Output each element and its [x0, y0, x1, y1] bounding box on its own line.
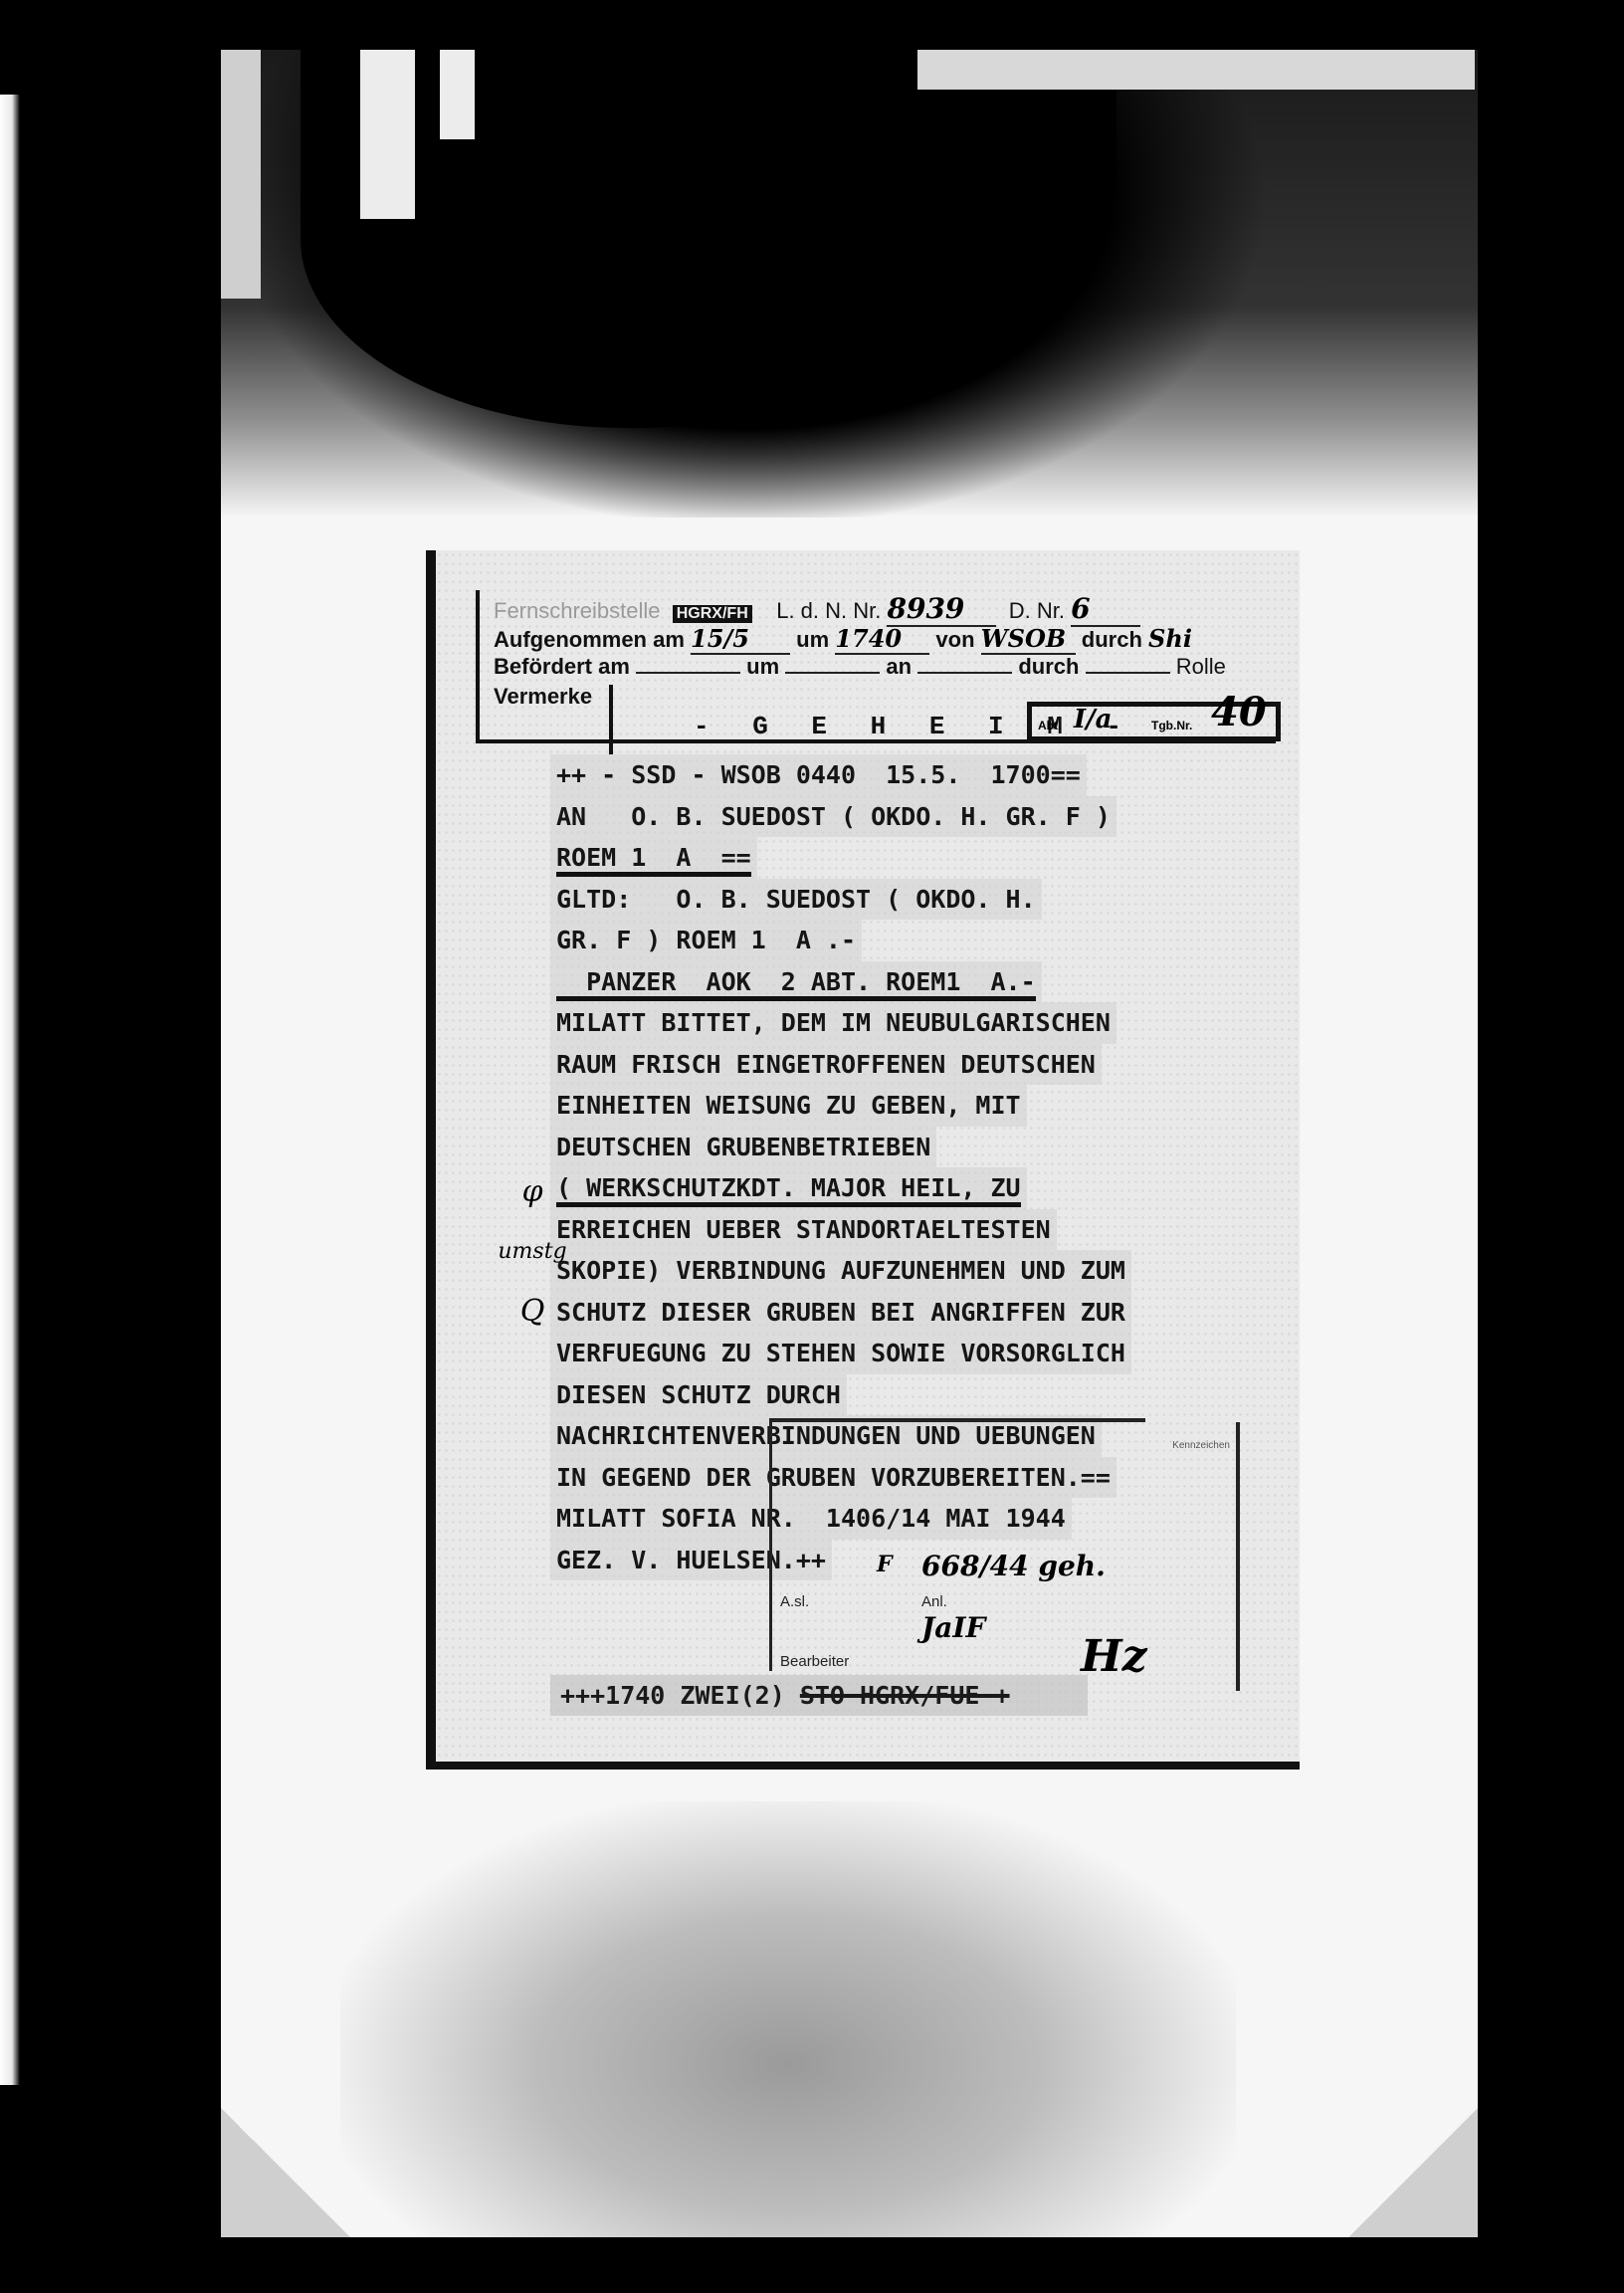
station-label: Fernschreibstelle	[494, 598, 661, 623]
stain-area	[340, 1801, 1236, 2237]
department-stamp-box: Abt. I/a Tgb.Nr. 40	[1027, 702, 1281, 741]
station-stamp: HGRX/FH	[673, 605, 752, 623]
message-line: MILATT BITTET, DEM IM NEUBULGARISCHEN	[550, 1002, 1116, 1044]
durch-value: Shi	[1148, 624, 1192, 653]
message-line: ( WERKSCHUTZKDT. MAJOR HEIL, ZU	[550, 1167, 1027, 1209]
stamp-column-line	[1236, 1422, 1240, 1691]
teleprinter-message-form: Fernschreibstelle HGRX/FH L. d. N. Nr. 8…	[426, 550, 1300, 1770]
finger-gap	[440, 50, 475, 139]
footer-struck-text: STO HGRX/FUE +	[800, 1681, 1010, 1710]
message-line: GLTD: O. B. SUEDOST ( OKDO. H.	[550, 879, 1042, 921]
margin-mark-q: Q	[498, 1282, 567, 1342]
photo-corner-left	[221, 2108, 350, 2237]
vermerke-divider	[609, 685, 613, 754]
footer-text: +++1740 ZWEI(2)	[560, 1681, 800, 1710]
vermerke-label: Vermerke	[494, 684, 592, 709]
abt-value: I/a	[1074, 705, 1113, 734]
receipt-stamp: Kennzeichen F 668/44 geh. A.sl. Anl. JaI…	[769, 1418, 1145, 1671]
message-line: ERREICHEN UEBER STANDORTAELTESTEN	[550, 1209, 1057, 1251]
header-row-received: Aufgenommen am 15/5 um 1740 von WSOB dur…	[494, 624, 1192, 655]
rolle-label: Rolle	[1176, 654, 1226, 679]
message-line: AN O. B. SUEDOST ( OKDO. H. GR. F )	[550, 796, 1116, 838]
message-line: SCHUTZ DIESER GRUBEN BEI ANGRIFFEN ZUR	[550, 1292, 1131, 1334]
d-nr-value: 6	[1071, 592, 1140, 627]
d-nr-label: D. Nr.	[1009, 598, 1065, 623]
header-row-station: Fernschreibstelle HGRX/FH L. d. N. Nr. 8…	[494, 592, 1140, 627]
tgb-value: 40	[1211, 689, 1267, 735]
durch2-label: durch	[1018, 654, 1079, 679]
aufgenommen-date: 15/5	[691, 624, 790, 655]
page-edge-highlight	[221, 50, 261, 299]
header-row-forwarded: Befördert am um an durch Rolle	[494, 654, 1226, 680]
signature: Hz	[1081, 1631, 1147, 1682]
abt-label: Abt.	[1038, 719, 1061, 732]
finger-gap	[360, 50, 415, 219]
margin-annotations: φ umstg Q	[498, 1162, 567, 1342]
um-label: um	[796, 627, 829, 652]
anl-label: Anl.	[921, 1593, 947, 1610]
message-line: ROEM 1 A ==	[550, 837, 757, 879]
transmission-footer: +++1740 ZWEI(2) STO HGRX/FUE +	[550, 1675, 1088, 1716]
von-label: von	[935, 627, 974, 652]
header-form-box: Fernschreibstelle HGRX/FH L. d. N. Nr. 8…	[476, 590, 1276, 743]
durch-label: durch	[1082, 627, 1142, 652]
tgb-label: Tgb.Nr.	[1151, 719, 1192, 732]
befoerdert-time-field	[785, 672, 880, 674]
an-label: an	[886, 654, 912, 679]
message-line: GR. F ) ROEM 1 A .-	[550, 920, 862, 961]
ref-prefix: F	[877, 1552, 893, 1577]
margin-mark-initials: umstg	[498, 1222, 567, 1282]
um2-label: um	[746, 654, 779, 679]
asl-label: A.sl.	[780, 1593, 809, 1610]
message-line: PANZER AOK 2 ABT. ROEM1 A.-	[550, 961, 1042, 1003]
befoerdert-durch-field	[1086, 672, 1170, 674]
lfd-nr-value: 8939	[887, 592, 996, 627]
margin-mark-phi: φ	[498, 1162, 567, 1222]
header-row-vermerke: Vermerke	[494, 684, 592, 710]
bearbeiter-label: Bearbeiter	[780, 1653, 849, 1670]
befoerdert-date-field	[636, 672, 740, 674]
handwritten-initials: JaIF	[921, 1611, 985, 1644]
handwritten-reference: 668/44 geh.	[921, 1550, 1106, 1582]
kennzeichen-label: Kennzeichen	[1172, 1440, 1230, 1451]
message-line: VERFUEGUNG ZU STEHEN SOWIE VORSORGLICH	[550, 1333, 1131, 1374]
message-line: RAUM FRISCH EINGETROFFENEN DEUTSCHEN	[550, 1044, 1102, 1086]
photo-corner-right	[1348, 2108, 1478, 2237]
message-line: DIESEN SCHUTZ DURCH	[550, 1374, 847, 1416]
aufgenommen-label: Aufgenommen am	[494, 627, 685, 652]
page-top-light	[917, 50, 1475, 90]
befoerdert-label: Befördert am	[494, 654, 630, 679]
message-line: SKOPIE) VERBINDUNG AUFZUNEHMEN UND ZUM	[550, 1250, 1131, 1292]
message-line: EINHEITEN WEISUNG ZU GEBEN, MIT	[550, 1085, 1027, 1127]
message-line: ++ - SSD - WSOB 0440 15.5. 1700==	[550, 754, 1087, 796]
lfd-nr-label: L. d. N. Nr.	[776, 598, 881, 623]
adjacent-page-edge	[0, 95, 20, 2085]
aufgenommen-time: 1740	[835, 624, 929, 655]
message-line: DEUTSCHEN GRUBENBETRIEBEN	[550, 1127, 936, 1168]
befoerdert-an-field	[917, 672, 1012, 674]
von-value: WSOB	[981, 624, 1076, 655]
